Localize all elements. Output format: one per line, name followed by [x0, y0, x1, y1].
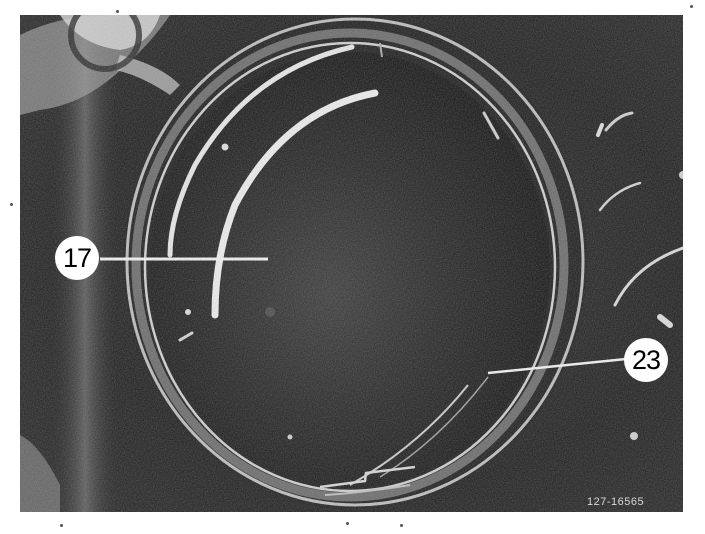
callout-17: 17 — [55, 236, 99, 280]
callout-23: 23 — [624, 338, 668, 382]
callout-label: 17 — [63, 245, 91, 272]
figure-reference-code: 127-16565 — [587, 496, 644, 508]
manual-figure: 17 23 127-16565 — [0, 0, 705, 534]
lens-photograph — [20, 15, 683, 512]
callout-label: 23 — [632, 347, 660, 374]
lens-illustration — [20, 15, 683, 512]
